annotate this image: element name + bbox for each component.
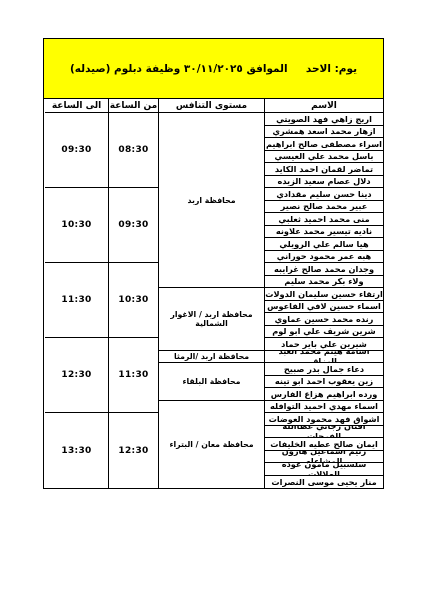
name-cell: وجدان محمد صالح غرايبه bbox=[265, 263, 383, 276]
name-cell: هيا سالم علي الرويلي bbox=[265, 238, 383, 251]
name-cell: رنيم اسماعيل هارون المشاعله bbox=[265, 451, 383, 464]
name-cell: هبه عمر محمود حوراني bbox=[265, 251, 383, 264]
column-from-time: من الساعة 08:3009:3010:3011:3012:30 bbox=[108, 99, 158, 488]
column-header-from-time: من الساعة bbox=[109, 99, 158, 113]
name-cell: ولاء بكر محمد سليم bbox=[265, 276, 383, 289]
column-header-to-time: الى الساعة bbox=[45, 99, 108, 113]
name-cell: ايمان صالح عطيه الخليفات bbox=[265, 438, 383, 451]
column-competition-level: مستوى التنافس محافظة اربدمحافظة اربد / ا… bbox=[158, 99, 264, 488]
to-time-cell: 12:30 bbox=[45, 338, 108, 413]
name-cell: اريج زاهي فهد الصويتي bbox=[265, 113, 383, 126]
name-cell: اسماء مهدي احميد التوافله bbox=[265, 401, 383, 414]
name-cell: دينا حسن سليم مقدادي bbox=[265, 188, 383, 201]
name-cell: سلسبيل مامون عوده الهلالات bbox=[265, 463, 383, 476]
column-names: الاسم اريج زاهي فهد الصويتيازهار محمد اس… bbox=[264, 99, 383, 488]
from-time-cell: 10:30 bbox=[109, 263, 158, 338]
schedule-table: يوم: الاحد الموافق ٣٠/١١/٢٠٢٥ وظيفة دبلو… bbox=[43, 38, 384, 489]
name-cell: رنده محمد حسين عماوي bbox=[265, 313, 383, 326]
name-cell: شرين شريف علي ابو لوم bbox=[265, 326, 383, 339]
name-cell: شيرين علي باير حماد bbox=[265, 338, 383, 351]
competition-level-cell: محافظة اربد bbox=[159, 113, 264, 288]
from-time-cell: 11:30 bbox=[109, 338, 158, 413]
to-time-cell: 10:30 bbox=[45, 188, 108, 263]
competition-level-cell: محافظة البلقاء bbox=[159, 363, 264, 401]
name-cell: اسراء مصطفى صالح ابراهيم bbox=[265, 138, 383, 151]
table-grid: الاسم اريج زاهي فهد الصويتيازهار محمد اس… bbox=[44, 99, 383, 488]
name-cell: دلال عصام سعيد الزيده bbox=[265, 176, 383, 189]
competition-level-cell: محافظة اربد /الرمثا bbox=[159, 351, 264, 364]
name-cell: دعاء جمال بدر صبيح bbox=[265, 363, 383, 376]
document-page: { "title": "يوم: الاحد الموافق ٣٠/١١/٢٠٢… bbox=[0, 0, 424, 600]
to-time-cell: 13:30 bbox=[45, 413, 108, 488]
from-time-cell: 12:30 bbox=[109, 413, 158, 488]
name-cell: منى محمد احميد ثعلبي bbox=[265, 213, 383, 226]
name-cell: افنان رجائي عطاالله الفرجات bbox=[265, 426, 383, 439]
name-cell: تماضر لقمان احمد الكايد bbox=[265, 163, 383, 176]
competition-level-cell: محافظة معان / البتراء bbox=[159, 401, 264, 489]
to-time-cell: 11:30 bbox=[45, 263, 108, 338]
competition-level-cell: محافظة اربد / الاغوار الشمالية bbox=[159, 288, 264, 351]
column-to-time: الى الساعة 09:3010:3011:3012:3013:30 bbox=[45, 99, 108, 488]
name-cell: اسماء حسين لافي الفاعوس bbox=[265, 301, 383, 314]
to-time-cell: 09:30 bbox=[45, 113, 108, 188]
name-cell: ارتقاء حسين سليمان الدولات bbox=[265, 288, 383, 301]
name-cell: ورده ابراهيم هزاع الفارس bbox=[265, 388, 383, 401]
name-cell: منار يحيى موسى النصرات bbox=[265, 476, 383, 489]
name-cell: زين يعقوب احمد ابو تينه bbox=[265, 376, 383, 389]
column-header-competition-level: مستوى التنافس bbox=[159, 99, 264, 113]
name-cell: باسل محمد علي العيسي bbox=[265, 151, 383, 164]
name-cell: ازهار محمد اسعد همشري bbox=[265, 126, 383, 139]
from-time-cell: 08:30 bbox=[109, 113, 158, 188]
column-header-name: الاسم bbox=[265, 99, 383, 113]
name-cell: اشواق فهد محمود العوضات bbox=[265, 413, 383, 426]
name-cell: اسامه هيثم محمد العبد الرزاق bbox=[265, 351, 383, 364]
name-cell: ناديه تيسير محمد علاونه bbox=[265, 226, 383, 239]
name-cell: عبير محمد صالح نصير bbox=[265, 201, 383, 214]
page-title: يوم: الاحد الموافق ٣٠/١١/٢٠٢٥ وظيفة دبلو… bbox=[44, 39, 383, 99]
from-time-cell: 09:30 bbox=[109, 188, 158, 263]
